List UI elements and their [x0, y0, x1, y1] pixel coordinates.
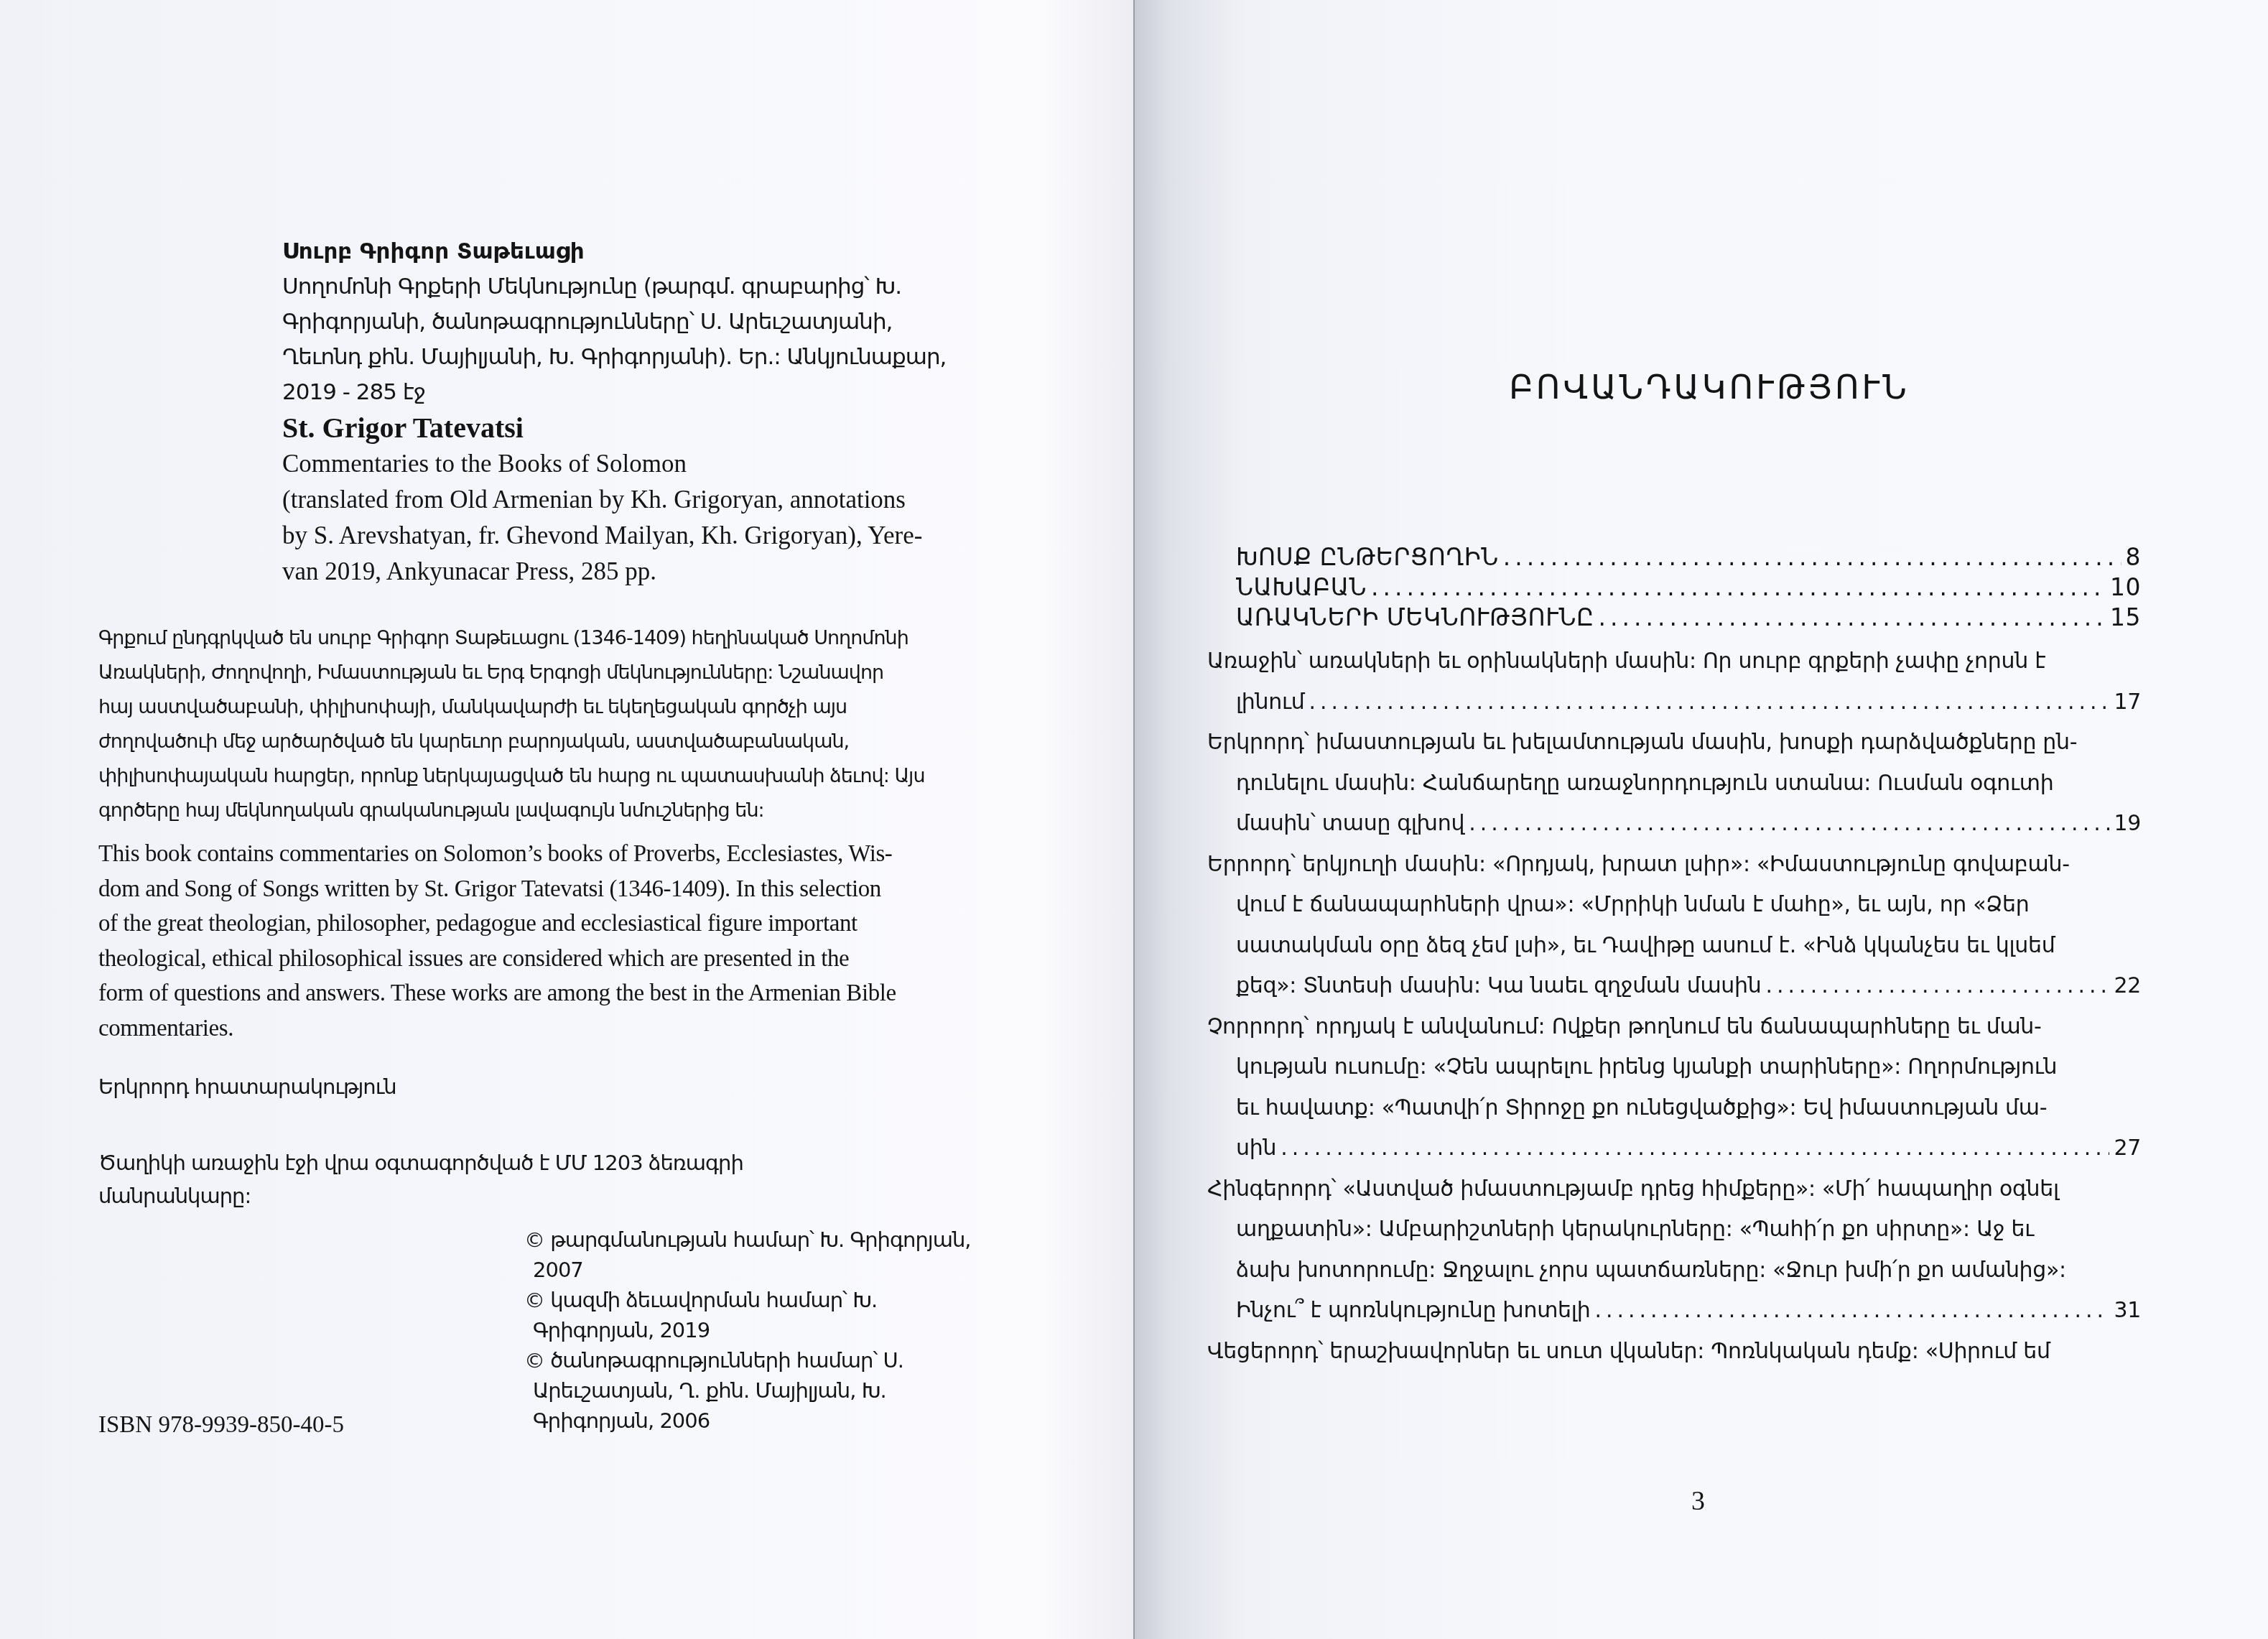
dot-leader	[1469, 804, 2109, 845]
edition-note: Երկրորդ հրատարակություն	[98, 1074, 396, 1099]
toc-entry-line: սատակման օրը ձեզ չեմ լսի», եւ Դավիթը ասո…	[1207, 926, 2141, 967]
abstract-armenian: Գրքում ընդգրկված են սուրբ Գրիգոր Տաթեւաց…	[98, 621, 1075, 828]
table-of-contents: ԽՈՍՔ ԸՆԹԵՐՑՈՂԻՆ8ՆԱԽԱԲԱՆ10ԱՌԱԿՆԵՐԻ ՄԵԿՆՈՒ…	[1207, 542, 2141, 1372]
abstract-line: գործերը հայ մեկնողական գրականության լավա…	[98, 794, 1075, 828]
toc-entry-line: կության ուսումը: «Չեն ապրելու իրենց կյան…	[1207, 1047, 2141, 1088]
imprint-line-en: by S. Arevshatyan, fr. Ghevond Mailyan, …	[282, 518, 1072, 554]
toc-entry-line: մասին՝ տասը գլխով	[1236, 804, 1464, 845]
copyright-notices: © թարգմանության համար՝ Խ. Գրիգորյան, 200…	[524, 1225, 1070, 1436]
toc-page-number: 15	[2110, 603, 2141, 633]
toc-entry-line: ձախ խոտորումը: Ջղջալու չորս պատճառները: …	[1207, 1250, 2141, 1291]
toc-title: ԲՈՎԱՆԴԱԿՈՒԹՅՈՒՆ	[1242, 368, 2176, 407]
author-armenian: Սուրբ Գրիգոր Տաթեւացի	[282, 234, 1072, 269]
abstract-english: This book contains commentaries on Solom…	[98, 837, 1064, 1046]
toc-entry[interactable]: Հինգերորդ՝ «Աստված իմաստությամբ դրեց հիմ…	[1207, 1169, 2141, 1332]
copyright-line: © թարգմանության համար՝ Խ. Գրիգորյան,	[524, 1225, 1070, 1255]
toc-major-entries: ԽՈՍՔ ԸՆԹԵՐՑՈՂԻՆ8ՆԱԽԱԲԱՆ10ԱՌԱԿՆԵՐԻ ՄԵԿՆՈՒ…	[1207, 542, 2141, 633]
page-number: 3	[1691, 1485, 1705, 1517]
dot-leader	[1766, 966, 2110, 1007]
toc-entry[interactable]: Վեցերորդ՝ երաշխավորներ եւ սուտ վկաներ: Պ…	[1207, 1332, 2141, 1373]
dot-leader	[1281, 1128, 2109, 1169]
copyright-notice: © ծանոթագրությունների համար՝ Ս. Արեւշատյ…	[524, 1345, 1070, 1436]
cover-note-line: Ծաղիկի առաջին էջի վրա օգտագործված է ՄՄ 1…	[98, 1146, 888, 1179]
toc-entry-line: լինում	[1236, 682, 1304, 723]
toc-entry[interactable]: ԽՈՍՔ ԸՆԹԵՐՑՈՂԻՆ8	[1207, 542, 2141, 572]
toc-entry-line: Հինգերորդ՝ «Աստված իմաստությամբ դրեց հիմ…	[1207, 1169, 2141, 1210]
toc-entry[interactable]: ՆԱԽԱԲԱՆ10	[1207, 572, 2141, 603]
left-page: Սուրբ Գրիգոր Տաթեւացի Սողոմոնի Գրքերի Մե…	[0, 0, 1135, 1639]
toc-entry-line: Երկրորդ՝ իմաստության եւ խելամտության մաս…	[1207, 723, 2141, 763]
toc-page-number: 10	[2110, 572, 2141, 603]
toc-entry-line: Չորրորդ՝ որդյակ է անվանում: Ովքեր թողնու…	[1207, 1007, 2141, 1048]
copyright-line: Արեւշատյան, Ղ. քհն. Մայիլյան, Խ.	[524, 1375, 1070, 1406]
dot-leader	[1309, 682, 2109, 723]
toc-entry-line: դունելու մասին: Հանճարեղը առաջնորդությու…	[1207, 763, 2141, 804]
toc-entry-line: Վեցերորդ՝ երաշխավորներ եւ սուտ վկաներ: Պ…	[1207, 1332, 2141, 1373]
imprint-line-en: Commentaries to the Books of Solomon	[282, 446, 1072, 482]
copyright-line: Գրիգորյան, 2019	[524, 1315, 1070, 1345]
copyright-line: © ծանոթագրությունների համար՝ Ս.	[524, 1345, 1070, 1375]
imprint-line: 2019 - 285 էջ	[282, 375, 1072, 410]
dot-leader	[1503, 542, 2121, 572]
toc-entry-line: Ինչու՞ է պոռնկությունը խոտելի	[1236, 1291, 1590, 1332]
abstract-line: dom and Song of Songs written by St. Gri…	[98, 872, 1064, 907]
toc-entry-title: ՆԱԽԱԲԱՆ	[1236, 572, 1367, 603]
copyright-notice: © կազմի ձեւավորման համար՝ Խ. Գրիգորյան, …	[524, 1285, 1070, 1345]
toc-entry-title: ԽՈՍՔ ԸՆԹԵՐՑՈՂԻՆ	[1236, 542, 1499, 572]
copyright-notice: © թարգմանության համար՝ Խ. Գրիգորյան, 200…	[524, 1225, 1070, 1285]
dot-leader	[1371, 572, 2106, 603]
imprint-line: Ղեւոնդ քհն. Մայիլյանի, Խ. Գրիգորյանի). Ե…	[282, 340, 1072, 375]
toc-entry-line: Առաջին՝ առակների եւ օրինակների մասին: Որ…	[1207, 641, 2141, 682]
abstract-line: form of questions and answers. These wor…	[98, 976, 1064, 1011]
dot-leader	[1599, 603, 2106, 633]
toc-entry-line: վում է ճանապարհների վրա»: «Մրրիկի նման է…	[1207, 885, 2141, 926]
abstract-line: Առակների, Ժողովողի, Իմաստության եւ Երգ Ե…	[98, 656, 1075, 690]
toc-page-number: 8	[2126, 542, 2142, 572]
toc-entry[interactable]: Երկրորդ՝ իմաստության եւ խելամտության մաս…	[1207, 723, 2141, 845]
toc-entry-line: աղքատին»: Ամբարիշտների կերակուրները: «Պա…	[1207, 1209, 2141, 1250]
copyright-line: © կազմի ձեւավորման համար՝ Խ.	[524, 1285, 1070, 1315]
toc-page-number: 27	[2114, 1128, 2141, 1169]
cover-note-line: մանրանկարը:	[98, 1179, 888, 1212]
toc-page-number: 22	[2114, 966, 2141, 1007]
abstract-line: Գրքում ընդգրկված են սուրբ Գրիգոր Տաթեւաց…	[98, 621, 1075, 656]
imprint-line-en: (translated from Old Armenian by Kh. Gri…	[282, 482, 1072, 518]
cover-illustration-note: Ծաղիկի առաջին էջի վրա օգտագործված է ՄՄ 1…	[98, 1146, 888, 1212]
toc-page-number: 19	[2114, 804, 2141, 845]
imprint-line: Սողոմոնի Գրքերի Մեկնությունը (թարգմ. գրա…	[282, 269, 1072, 305]
imprint-line-en: van 2019, Ankyunacar Press, 285 pp.	[282, 554, 1072, 590]
toc-entry[interactable]: Առաջին՝ առակների եւ օրինակների մասին: Որ…	[1207, 641, 2141, 723]
toc-page-number: 17	[2114, 682, 2141, 723]
toc-entry-title: ԱՌԱԿՆԵՐԻ ՄԵԿՆՈՒԹՅՈՒՆԸ	[1236, 603, 1594, 633]
toc-entry[interactable]: Երրորդ՝ երկյուղի մասին: «Որդյակ, խրատ լս…	[1207, 845, 2141, 1007]
abstract-line: հայ աստվածաբանի, փիլիսոփայի, մանկավարժի …	[98, 690, 1075, 725]
abstract-line: commentaries.	[98, 1011, 1064, 1046]
abstract-line: This book contains commentaries on Solom…	[98, 837, 1064, 872]
abstract-line: փիլիսոփայական հարցեր, որոնք ներկայացված …	[98, 759, 1075, 794]
toc-entry-line: եւ հավատք: «Պատվի՛ր Տիրոջը քո ունեցվածքի…	[1207, 1088, 2141, 1129]
toc-chapter-entries: Առաջին՝ առակների եւ օրինակների մասին: Որ…	[1207, 641, 2141, 1372]
toc-entry[interactable]: ԱՌԱԿՆԵՐԻ ՄԵԿՆՈՒԹՅՈՒՆԸ15	[1207, 603, 2141, 633]
toc-entry[interactable]: Չորրորդ՝ որդյակ է անվանում: Ովքեր թողնու…	[1207, 1007, 2141, 1169]
bibliographic-imprint: Սուրբ Գրիգոր Տաթեւացի Սողոմոնի Գրքերի Մե…	[282, 234, 1072, 590]
toc-entry-line: սին	[1236, 1128, 1276, 1169]
toc-entry-line: քեզ»: Տնտեսի մասին: Կա նաեւ զղջման մասին	[1236, 966, 1762, 1007]
dot-leader	[1594, 1291, 2109, 1332]
author-english: St. Grigor Tatevatsi	[282, 410, 1072, 446]
abstract-line: of the great theologian, philosopher, pe…	[98, 906, 1064, 942]
abstract-line: ժողովածուի մեջ արծարծված են կարեւոր բարո…	[98, 725, 1075, 759]
imprint-line: Գրիգորյանի, ծանոթագրությունները՝ Ս. Արեւ…	[282, 305, 1072, 340]
copyright-line: Գրիգորյան, 2006	[524, 1406, 1070, 1436]
copyright-line: 2007	[524, 1255, 1070, 1285]
abstract-line: theological, ethical philosophical issue…	[98, 942, 1064, 977]
isbn: ISBN 978-9939-850-40-5	[98, 1412, 344, 1439]
toc-page-number: 31	[2114, 1291, 2141, 1332]
toc-entry-line: Երրորդ՝ երկյուղի մասին: «Որդյակ, խրատ լս…	[1207, 845, 2141, 886]
